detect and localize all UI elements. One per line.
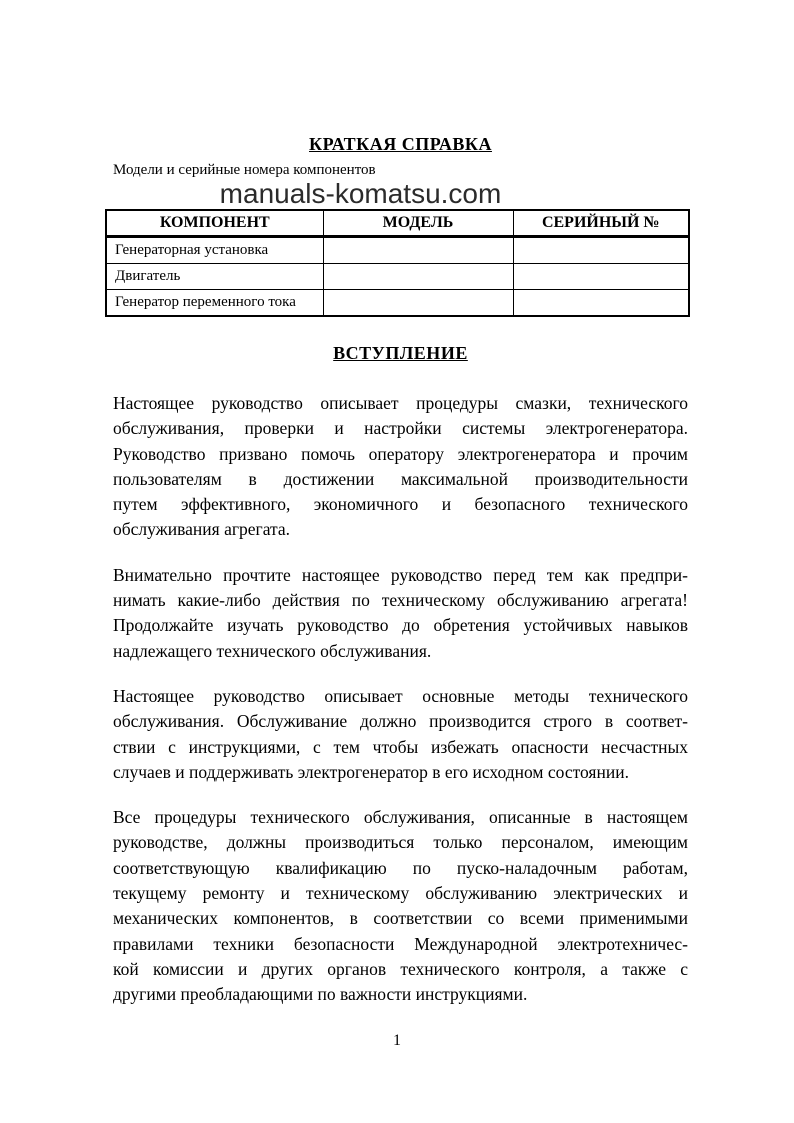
model-cell (323, 264, 513, 290)
paragraph-line: кой комиссии и других органов техническо… (113, 957, 688, 982)
table-row: Двигатель (106, 264, 689, 290)
table-caption: Модели и серийные номера компонентов (113, 161, 688, 179)
paragraph-line: другими преобладающими по важности инстр… (113, 982, 688, 1007)
paragraph-line: пользователям в достижении максимальной … (113, 467, 688, 492)
paragraph-line: обслуживания агрегата. (113, 517, 688, 542)
paragraph-line: соответствующую квалификацию по пуско-на… (113, 856, 688, 881)
serial-cell (513, 264, 689, 290)
paragraph-line: Все процедуры технического обслуживания,… (113, 805, 688, 830)
intro-paragraphs: Настоящее руководство описывает процедур… (113, 391, 688, 1008)
model-cell (323, 290, 513, 317)
column-header-serial: СЕРИЙНЫЙ № (513, 210, 689, 237)
component-table-body: Генераторная установкаДвигательГенератор… (106, 237, 689, 317)
model-cell (323, 237, 513, 264)
page-number: 1 (0, 1032, 794, 1050)
paragraph-line: Продолжайте изучать руководство до обрет… (113, 613, 688, 638)
table-row: Генераторная установка (106, 237, 689, 264)
intro-paragraph: Все процедуры технического обслуживания,… (113, 805, 688, 1007)
paragraph-line: Руководство призвано помочь оператору эл… (113, 442, 688, 467)
component-cell: Двигатель (106, 264, 323, 290)
section-heading: ВСТУПЛЕНИЕ (113, 343, 688, 364)
paragraph-line: Настоящее руководство описывает процедур… (113, 391, 688, 416)
paragraph-line: Настоящее руководство описывает основные… (113, 684, 688, 709)
paragraph-line: нимать какие-либо действия по техническо… (113, 588, 688, 613)
paragraph-line: текущему ремонту и техническому обслужив… (113, 881, 688, 906)
component-cell: Генераторная установка (106, 237, 323, 264)
paragraph-line: руководстве, должны производиться только… (113, 830, 688, 855)
paragraph-line: случаев и поддерживать электрогенератор … (113, 760, 688, 785)
component-table: КОМПОНЕНТ МОДЕЛЬ СЕРИЙНЫЙ № Генераторная… (105, 209, 690, 317)
page-title: КРАТКАЯ СПРАВКА (113, 0, 688, 154)
paragraph-line: ствии с инструкциями, с тем чтобы избежа… (113, 735, 688, 760)
document-page: КРАТКАЯ СПРАВКА Модели и серийные номера… (0, 0, 794, 1123)
serial-cell (513, 290, 689, 317)
table-row: Генератор переменного тока (106, 290, 689, 317)
intro-paragraph: Настоящее руководство описывает основные… (113, 684, 688, 785)
page-content: КРАТКАЯ СПРАВКА Модели и серийные номера… (113, 0, 688, 1028)
paragraph-line: обслуживания, проверки и настройки систе… (113, 416, 688, 441)
column-header-model: МОДЕЛЬ (323, 210, 513, 237)
paragraph-line: обслуживания. Обслуживание должно произв… (113, 709, 688, 734)
paragraph-line: Внимательно прочтите настоящее руководст… (113, 563, 688, 588)
component-cell: Генератор переменного тока (106, 290, 323, 317)
table-header-row: КОМПОНЕНТ МОДЕЛЬ СЕРИЙНЫЙ № (106, 210, 689, 237)
paragraph-line: механических компонентов, в соответствии… (113, 906, 688, 931)
paragraph-line: путем эффективного, экономичного и безоп… (113, 492, 688, 517)
paragraph-line: правилами техники безопасности Междунаро… (113, 932, 688, 957)
intro-paragraph: Внимательно прочтите настоящее руководст… (113, 563, 688, 664)
intro-paragraph: Настоящее руководство описывает процедур… (113, 391, 688, 543)
column-header-component: КОМПОНЕНТ (106, 210, 323, 237)
serial-cell (513, 237, 689, 264)
watermark-text: manuals-komatsu.com (73, 180, 648, 207)
paragraph-line: надлежащего технического обслуживания. (113, 639, 688, 664)
